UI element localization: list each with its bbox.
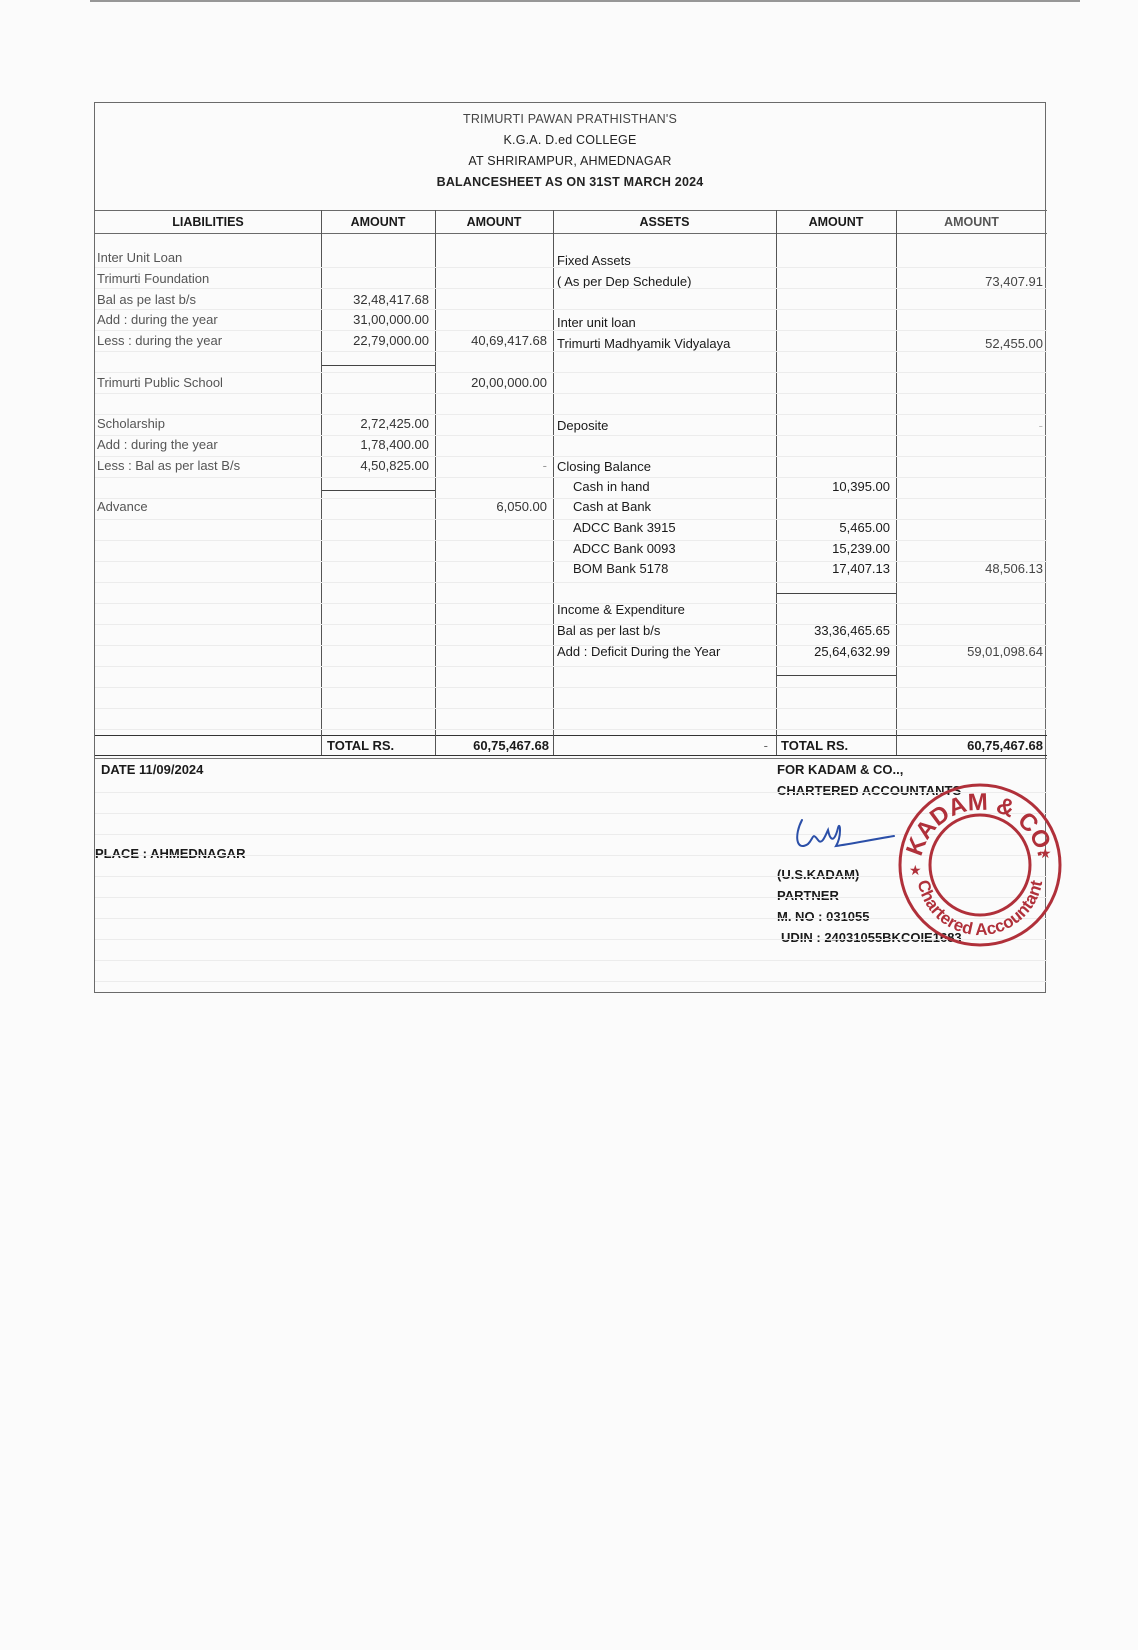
liability-amount: 6,050.00	[435, 497, 547, 517]
gridline	[95, 561, 1047, 562]
asset-label: BOM Bank 5178	[555, 559, 668, 579]
liability-sub-amount: 22,79,000.00	[321, 331, 429, 351]
liability-sub-amount: 4,50,825.00	[321, 456, 429, 476]
gridline	[95, 267, 1047, 268]
gridline	[95, 414, 1047, 415]
gridline	[95, 372, 1047, 373]
gridline	[95, 624, 1047, 625]
page-edge	[90, 0, 1080, 2]
asset-label: Fixed Assets	[555, 251, 631, 271]
trust-name: TRIMURTI PAWAN PRATHISTHAN'S	[95, 112, 1045, 126]
gridline	[95, 582, 1047, 583]
liabilities-total-label: TOTAL RS.	[327, 736, 394, 756]
liability-label: Add : during the year	[95, 310, 218, 330]
liability-label: Less : Bal as per last B/s	[95, 456, 240, 476]
liability-amount: 20,00,000.00	[435, 373, 547, 393]
svg-text:★: ★	[909, 862, 922, 878]
col-header-amount: AMOUNT	[435, 211, 553, 233]
liability-label: Inter Unit Loan	[95, 248, 182, 268]
asset-label: ( As per Dep Schedule)	[555, 272, 691, 292]
assets-total-label: TOTAL RS.	[781, 736, 848, 756]
partner-role: PARTNER	[777, 886, 839, 906]
liability-label: Bal as pe last b/s	[95, 290, 196, 310]
subtotal-rule	[776, 593, 896, 594]
total-double-rule	[95, 758, 1047, 759]
gridline	[95, 729, 1047, 730]
partner-name: (U.S.KADAM)	[777, 865, 859, 885]
gridline	[95, 603, 1047, 604]
assets-total-value: 60,75,467.68	[896, 736, 1043, 756]
assets-total-dash: -	[553, 736, 768, 756]
gridline	[95, 288, 1047, 289]
asset-sub-amount: 15,239.00	[776, 539, 890, 559]
col-header-amount: AMOUNT	[321, 211, 435, 233]
sign-date: DATE 11/09/2024	[101, 760, 203, 780]
asset-sub-amount: 10,395.00	[776, 477, 890, 497]
liabilities-total-value: 60,75,467.68	[435, 736, 549, 756]
svg-text:★: ★	[1039, 845, 1052, 861]
subtotal-rule	[321, 365, 435, 366]
liability-sub-amount: 31,00,000.00	[321, 310, 429, 330]
liability-sub-amount: 2,72,425.00	[321, 414, 429, 434]
gridline	[95, 435, 1047, 436]
liability-sub-amount: 32,48,417.68	[321, 290, 429, 310]
col-divider	[553, 210, 554, 755]
gridline	[95, 498, 1047, 499]
gridline	[95, 960, 1047, 961]
asset-label: ADCC Bank 0093	[555, 539, 676, 559]
asset-amount: 73,407.91	[896, 272, 1043, 292]
liability-amount: 40,69,417.68	[435, 331, 547, 351]
liability-label: Less : during the year	[95, 331, 222, 351]
gridline	[95, 393, 1047, 394]
gridline	[95, 519, 1047, 520]
subtotal-rule	[776, 675, 896, 676]
col-header-amount: AMOUNT	[776, 211, 896, 233]
asset-label: Cash in hand	[555, 477, 650, 497]
header-bottom-rule	[95, 233, 1047, 234]
liability-label: Scholarship	[95, 414, 165, 434]
gridline	[95, 687, 1047, 688]
sign-place: PLACE : AHMEDNAGAR	[95, 844, 245, 864]
asset-amount: 48,506.13	[896, 559, 1043, 579]
asset-label: Deposite	[555, 416, 608, 436]
firm-name: FOR KADAM & CO..,	[777, 760, 903, 780]
col-header-liabilities: LIABILITIES	[95, 211, 321, 233]
liability-amount: -	[435, 456, 547, 476]
gridline	[95, 645, 1047, 646]
college-location: AT SHRIRAMPUR, AHMEDNAGAR	[95, 154, 1045, 168]
signature-icon	[790, 810, 900, 860]
subtotal-rule	[321, 490, 435, 491]
membership-number: M. NO : 031055	[777, 907, 870, 927]
gridline	[95, 477, 1047, 478]
asset-amount: -	[896, 416, 1043, 436]
asset-sub-amount: 17,407.13	[776, 559, 890, 579]
asset-label: Cash at Bank	[555, 497, 651, 517]
asset-sub-amount: 5,465.00	[776, 518, 890, 538]
sheet-title: BALANCESHEET AS ON 31ST MARCH 2024	[95, 175, 1045, 189]
col-divider	[435, 210, 436, 755]
col-header-amount: AMOUNT	[896, 211, 1047, 233]
col-header-assets: ASSETS	[553, 211, 776, 233]
gridline	[95, 666, 1047, 667]
gridline	[95, 708, 1047, 709]
liability-label: Advance	[95, 497, 148, 517]
gridline	[95, 330, 1047, 331]
college-name: K.G.A. D.ed COLLEGE	[95, 133, 1045, 147]
liability-label: Add : during the year	[95, 435, 218, 455]
gridline	[95, 540, 1047, 541]
firm-seal-icon: KADAM & CO. Chartered Accountant ★ ★	[895, 780, 1065, 950]
liability-label: Trimurti Foundation	[95, 269, 209, 289]
gridline	[95, 309, 1047, 310]
asset-label: Closing Balance	[555, 457, 651, 477]
liability-label: Trimurti Public School	[95, 373, 223, 393]
svg-text:KADAM & CO.: KADAM & CO.	[901, 789, 1059, 860]
gridline	[95, 351, 1047, 352]
liability-sub-amount: 1,78,400.00	[321, 435, 429, 455]
gridline	[95, 456, 1047, 457]
gridline	[95, 981, 1047, 982]
asset-label: ADCC Bank 3915	[555, 518, 676, 538]
